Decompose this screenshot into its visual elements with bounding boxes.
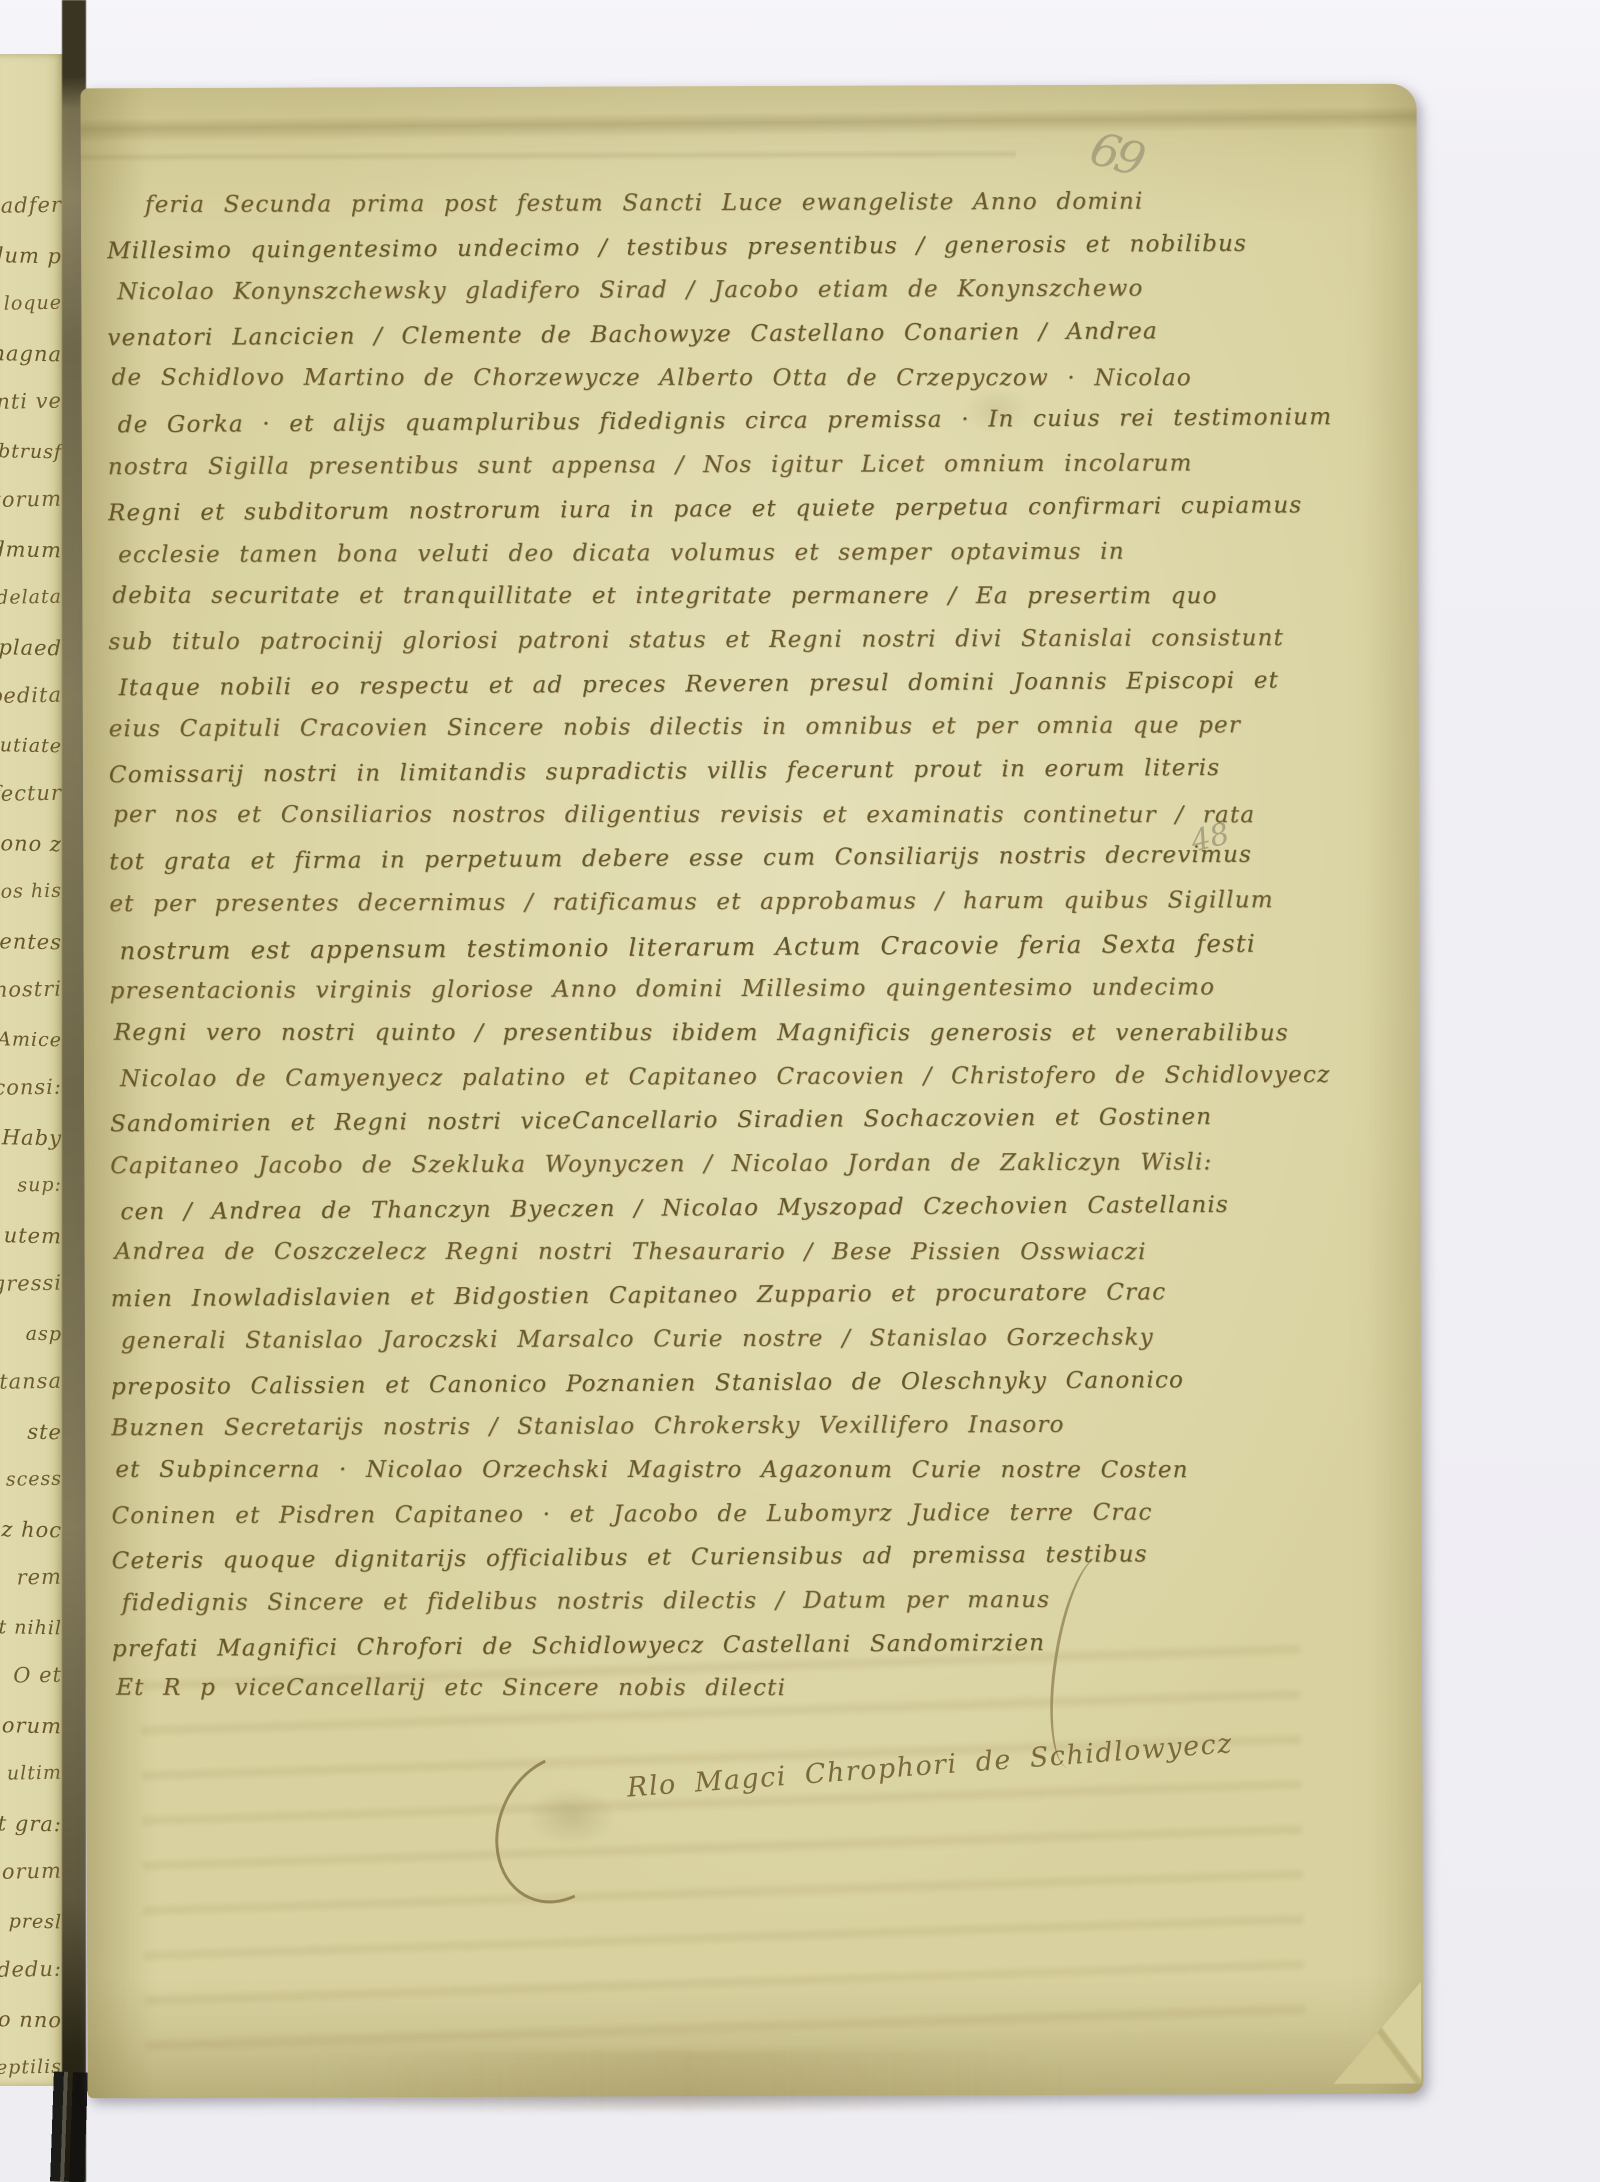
margin-fragment: lentes	[0, 916, 62, 968]
manuscript-page: 69 48 feria Secunda prima post festum Sa…	[80, 84, 1423, 2099]
margin-fragment: asp	[0, 1308, 62, 1360]
margin-fragment: tudmum	[0, 524, 62, 576]
text-line: nostrum est appensum testimonio literaru…	[109, 920, 1391, 972]
margin-fragment: utem	[0, 1210, 62, 1262]
text-line: Ceteris quoque dignitarijs officialibus …	[111, 1532, 1393, 1584]
text-line: Sandomirien et Regni nostri viceCancella…	[110, 1095, 1392, 1147]
corner-fold	[1333, 1982, 1421, 2084]
text-line: preposito Calissien et Canonico Poznanie…	[111, 1357, 1393, 1409]
margin-fragment: rem	[0, 1553, 62, 1605]
margin-fragment: gro nno	[0, 1994, 62, 2046]
text-line: Itaque nobili eo respectu et ad preces R…	[108, 658, 1390, 710]
ink-showthrough	[140, 1638, 1305, 2054]
margin-fragment: ste	[0, 1406, 62, 1458]
text-line: tot grata et firma in perpetuum debere e…	[109, 833, 1391, 885]
margin-fragment: sup:	[0, 1161, 62, 1213]
text-line: sub titulo patrocinij gloriosi patroni s…	[108, 617, 1390, 665]
text-line: per nos et Consiliarios nostros diligent…	[109, 793, 1391, 837]
text-line: mien Inowladislavien et Bidgostien Capit…	[111, 1270, 1393, 1322]
margin-fragment: pedita	[0, 671, 62, 723]
margin-fragment: Amice	[0, 1014, 62, 1066]
text-line: venatori Lancicien / Clemente de Bachowy…	[107, 309, 1389, 361]
text-line: eius Capituli Cracovien Sincere nobis di…	[109, 704, 1391, 752]
margin-fragment: magna	[0, 328, 62, 380]
margin-fragment: os his	[0, 867, 62, 919]
text-line: Capitaneo Jacobo de Szekluka Woynyczen /…	[110, 1141, 1392, 1189]
margin-fragment: epsorum	[0, 1847, 62, 1899]
margin-fragment: anti ve	[0, 377, 62, 429]
text-line: debita securitate et tranquillitate et i…	[108, 575, 1390, 619]
text-line: de Gorka · et alijs quampluribus fidedig…	[108, 396, 1390, 448]
text-line: nostra Sigilla presentibus sunt appensa …	[108, 442, 1390, 490]
margin-fragment: O et	[0, 1651, 62, 1703]
text-line: ecclesie tamen bona veluti deo dicata vo…	[108, 529, 1390, 577]
margin-fragment: am delata	[0, 573, 62, 625]
text-line: generali Stanislao Jaroczski Marsalco Cu…	[111, 1316, 1393, 1364]
parchment-stain	[962, 385, 1032, 435]
margin-fragment: m Haby	[0, 1112, 62, 1164]
margin-fragment: nostri	[0, 965, 62, 1017]
margin-fragment: s et gra:	[0, 1798, 62, 1850]
margin-fragment: borum	[0, 1700, 62, 1752]
margin-fragment: n btrusf	[0, 426, 62, 478]
text-line: Regni vero nostri quinto / presentibus i…	[110, 1012, 1392, 1056]
text-line: Comissarij nostri in limitandis supradic…	[109, 746, 1391, 798]
text-line: et Subpincerna · Nicolao Orzechski Magis…	[111, 1449, 1393, 1493]
margin-fragment: scess	[0, 1455, 62, 1507]
margin-fragment: eae dedu:	[0, 1945, 62, 1997]
text-line: feria Secunda prima post festum Sancti L…	[107, 180, 1389, 228]
margin-fragment: e fectur	[0, 769, 62, 821]
text-line: Regni et subditorum nostrorum iura in pa…	[108, 484, 1390, 536]
scan-background: i gladferdum pzes loquemagnaanti ven btr…	[0, 0, 1600, 2182]
margin-fragment: utiate	[0, 720, 62, 772]
previous-page-edge: i gladferdum pzes loquemagnaanti ven btr…	[0, 54, 66, 2086]
text-line: Millesimo quingentesimo undecimo / testi…	[107, 221, 1389, 273]
margin-fragment: t nihil	[0, 1602, 62, 1654]
margin-fragment: zedetorum	[0, 475, 62, 527]
text-line: Coninen et Pisdren Capitaneo · et Jacobo…	[111, 1490, 1393, 1538]
text-line: presentacionis virginis gloriose Anno do…	[110, 966, 1392, 1014]
margin-fragment: cuplaed	[0, 622, 62, 674]
margin-fragment: que presl	[0, 1896, 62, 1948]
text-line: et per presentes decernimus / ratificamu…	[109, 879, 1391, 927]
margin-fragment: n ultim	[0, 1749, 62, 1801]
margin-fragment: y gressi	[0, 1259, 62, 1311]
ink-showthrough-lower	[307, 2049, 1067, 2112]
margin-fragment: dum p	[0, 230, 62, 282]
parchment-stain	[526, 1786, 616, 1846]
text-line: Nicolao de Camyenyecz palatino et Capita…	[110, 1054, 1392, 1102]
margin-fragment-column: i gladferdum pzes loquemagnaanti ven btr…	[0, 182, 62, 2086]
text-line: cen / Andrea de Thanczyn Byeczen / Nicol…	[110, 1183, 1392, 1235]
margin-fragment: zes loque	[0, 279, 62, 331]
text-line: de Schidlovo Martino de Chorzewycze Albe…	[108, 357, 1390, 401]
text-line: Andrea de Coszczelecz Regni nostri Thesa…	[111, 1230, 1393, 1274]
margin-fragment: bono z	[0, 818, 62, 870]
text-line: Nicolao Konynszchewsky gladifero Sirad /…	[107, 267, 1389, 315]
main-text-block: feria Secunda prima post festum Sancti L…	[106, 84, 1394, 1714]
margin-fragment: z hoc	[0, 1504, 62, 1556]
text-line: Buznen Secretarijs nostris / Stanislao C…	[111, 1403, 1393, 1451]
margin-fragment: stansa	[0, 1357, 62, 1409]
text-line: fidedignis Sincere et fidelibus nostris …	[112, 1578, 1394, 1626]
margin-fragment: i gladfer	[0, 181, 62, 233]
margin-fragment: d consi:	[0, 1063, 62, 1115]
